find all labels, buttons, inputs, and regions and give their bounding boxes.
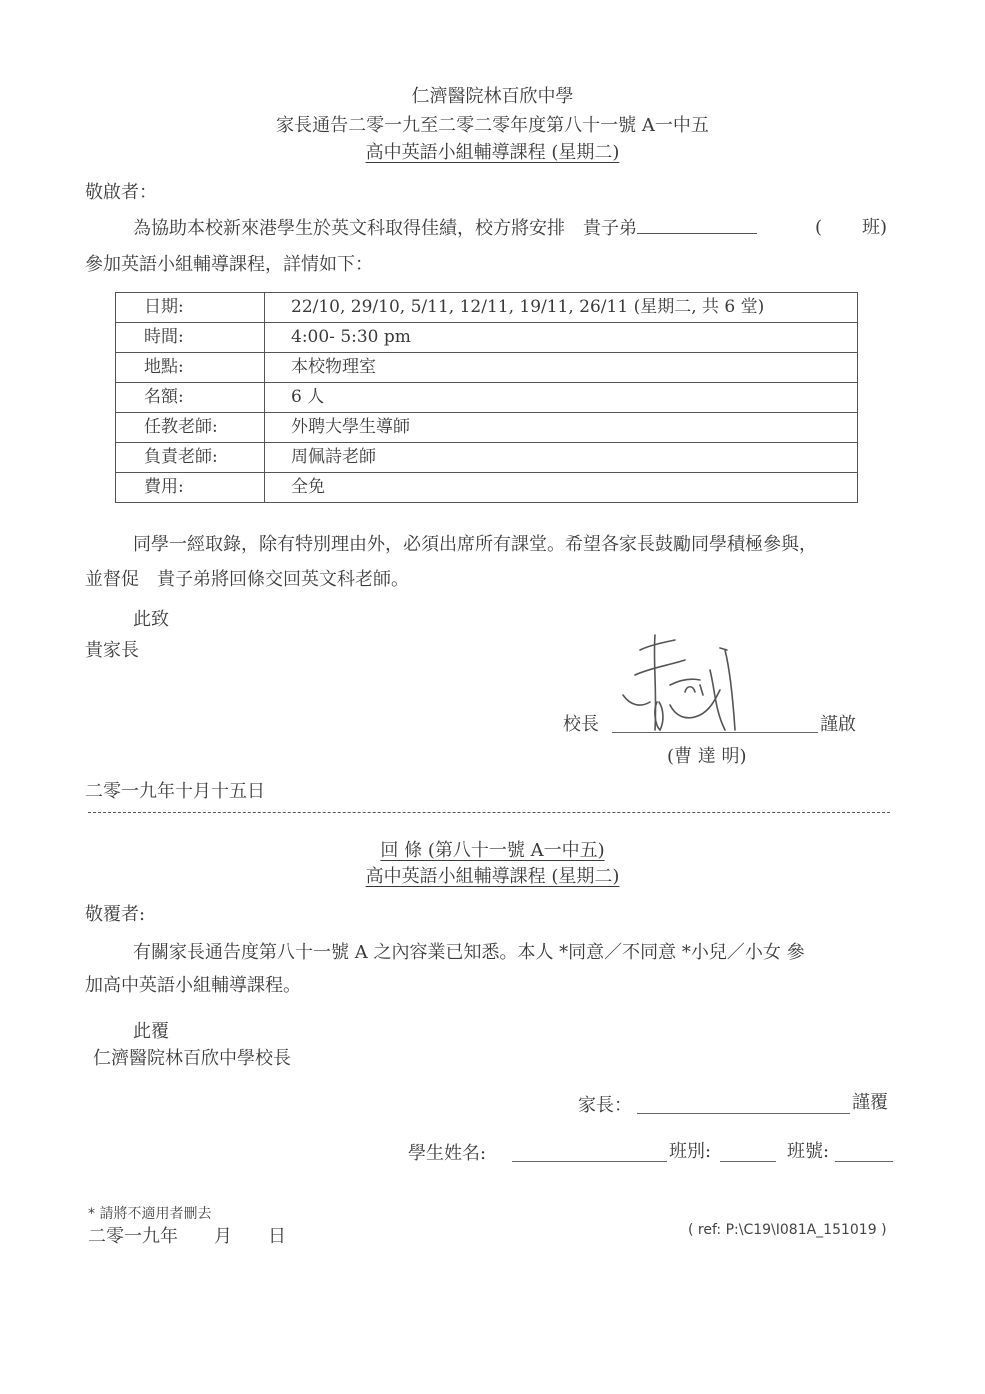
principal-suffix: 謹啟 xyxy=(820,714,856,736)
notice-title: 高中英語小組輔導課程 (星期二) xyxy=(366,142,620,163)
notice-number: 家長通告二零一九至二零二零年度第八十一號 A一中五 xyxy=(0,115,985,137)
time-label: 時間: xyxy=(116,323,265,353)
intro-line-2: 參加英語小組輔導課程，詳情如下： xyxy=(85,254,373,276)
principal-label: 校長 xyxy=(563,714,599,736)
date-value: 22/10, 29/10, 5/11, 12/11, 19/11, 26/11 … xyxy=(265,293,858,323)
quota-value: 6 人 xyxy=(265,383,858,413)
reference-code: ( ref: P:\C19\I081A_151019 ) xyxy=(688,1222,887,1238)
table-row: 負責老師:周佩詩老師 xyxy=(116,443,858,473)
class-open-paren: ( xyxy=(815,217,822,239)
intro-text: 為協助本校新來港學生於英文科取得佳績，校方將安排 貴子弟 xyxy=(133,218,637,239)
class-no-label: 班號: xyxy=(787,1141,829,1163)
venue-label: 地點: xyxy=(116,353,265,383)
teacher-in-charge-label: 負責老師: xyxy=(116,443,265,473)
quota-label: 名額: xyxy=(116,383,265,413)
fee-value: 全免 xyxy=(265,473,858,503)
reply-slip-title: 回 條 (第八十一號 A一中五) xyxy=(380,840,604,861)
reply-salutation: 敬覆者: xyxy=(85,904,145,926)
table-row: 地點:本校物理室 xyxy=(116,353,858,383)
tear-off-divider xyxy=(88,812,890,813)
reply-body-line-2: 加高中英語小組輔導課程。 xyxy=(85,975,301,997)
table-row: 名額:6 人 xyxy=(116,383,858,413)
body-line-1: 同學一經取錄，除有特別理由外，必須出席所有課堂。希望各家長鼓勵同學積極參與， xyxy=(133,534,817,556)
reply-body-line-1: 有關家長通告度第八十一號 A 之內容業已知悉。本人 *同意／不同意 *小兒／小女… xyxy=(133,942,805,964)
course-details-table: 日期:22/10, 29/10, 5/11, 12/11, 19/11, 26/… xyxy=(115,292,858,503)
student-name-blank[interactable] xyxy=(637,217,757,234)
table-row: 日期:22/10, 29/10, 5/11, 12/11, 19/11, 26/… xyxy=(116,293,858,323)
tutor-value: 外聘大學生導師 xyxy=(265,413,858,443)
class-field[interactable] xyxy=(720,1161,776,1162)
reply-closing: 此覆 xyxy=(133,1021,169,1043)
teacher-in-charge-value: 周佩詩老師 xyxy=(265,443,858,473)
fee-label: 費用: xyxy=(116,473,265,503)
parent-label: 家長： xyxy=(578,1095,632,1117)
table-row: 費用:全免 xyxy=(116,473,858,503)
parent-suffix: 謹覆 xyxy=(852,1092,888,1114)
intro-line-1: 為協助本校新來港學生於英文科取得佳績，校方將安排 貴子弟 xyxy=(133,217,757,240)
salutation: 敬啟者： xyxy=(85,182,157,204)
class-label: 班別: xyxy=(669,1141,711,1163)
parent-signature-field[interactable] xyxy=(637,1113,850,1114)
principal-signature-icon xyxy=(615,630,765,735)
letter-date: 二零一九年十月十五日 xyxy=(85,781,265,803)
venue-value: 本校物理室 xyxy=(265,353,858,383)
footnote: * 請將不適用者刪去 xyxy=(88,1203,211,1223)
table-row: 任教老師:外聘大學生導師 xyxy=(116,413,858,443)
student-name-label: 學生姓名: xyxy=(408,1143,486,1165)
class-close-label: 班) xyxy=(862,217,887,239)
recipient: 貴家長 xyxy=(85,640,139,662)
time-value: 4:00- 5:30 pm xyxy=(265,323,858,353)
reply-date: 二零一九年 月 日 xyxy=(88,1226,286,1248)
tutor-label: 任教老師: xyxy=(116,413,265,443)
date-label: 日期: xyxy=(116,293,265,323)
table-row: 時間:4:00- 5:30 pm xyxy=(116,323,858,353)
class-no-field[interactable] xyxy=(835,1161,893,1162)
principal-name: (曹 達 明) xyxy=(667,746,747,768)
school-name: 仁濟醫院林百欣中學 xyxy=(0,86,985,108)
reply-slip-subtitle: 高中英語小組輔導課程 (星期二) xyxy=(366,866,620,887)
closing: 此致 xyxy=(133,609,169,631)
reply-recipient: 仁濟醫院林百欣中學校長 xyxy=(93,1048,291,1070)
student-name-field[interactable] xyxy=(512,1161,667,1162)
body-line-2: 並督促 貴子弟將回條交回英文科老師。 xyxy=(85,569,409,591)
